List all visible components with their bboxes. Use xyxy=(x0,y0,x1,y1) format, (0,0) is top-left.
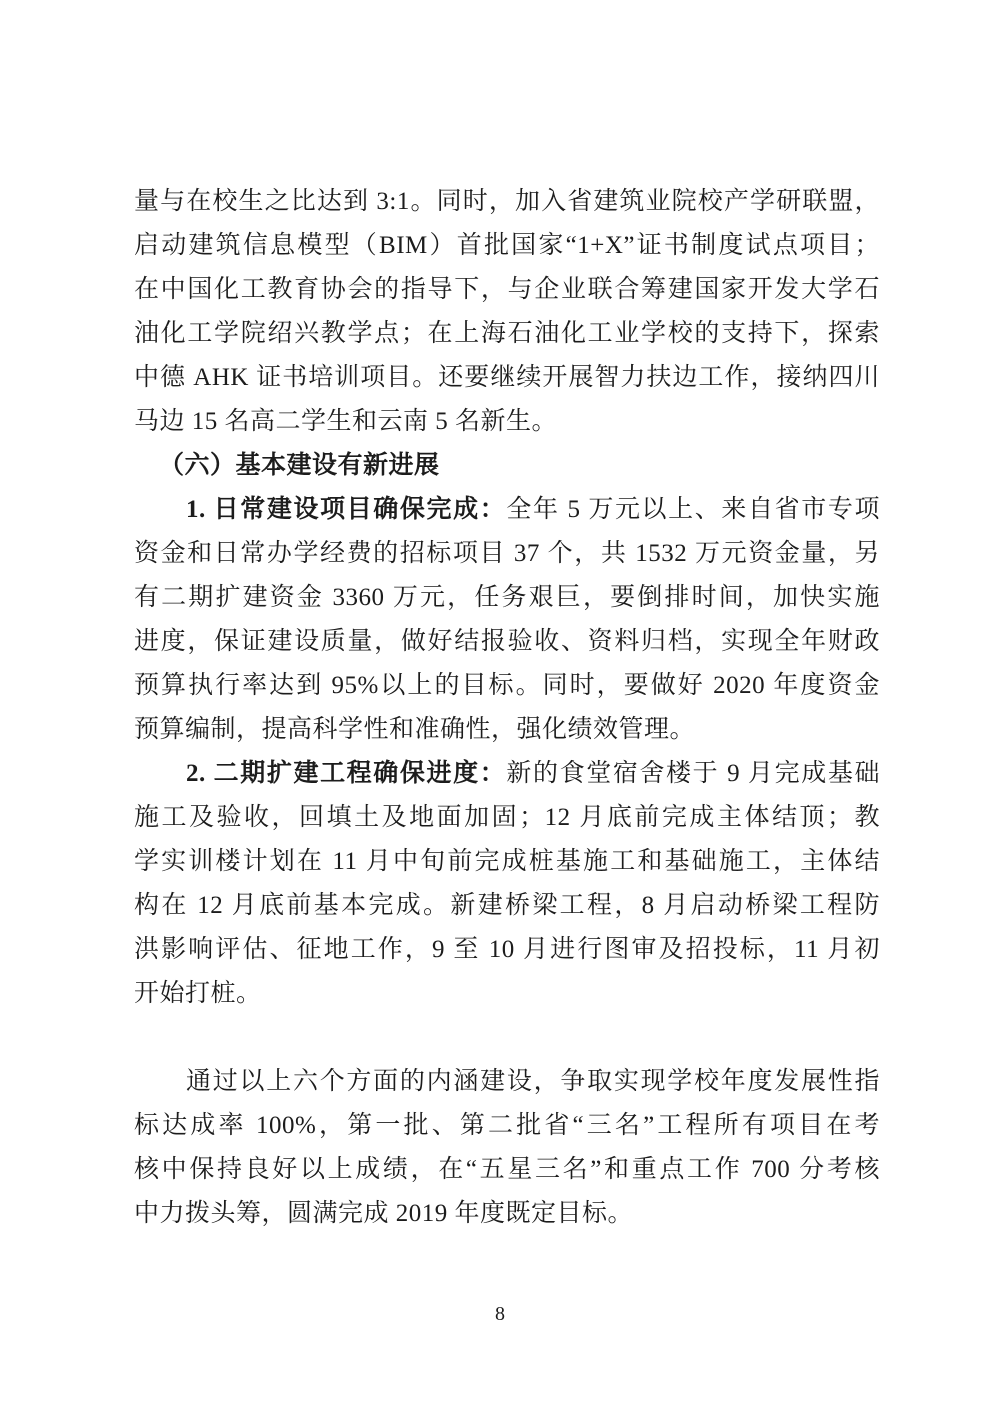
item2-first-line-rest: 新的食堂宿舍楼于 9 月完成基础 xyxy=(506,760,880,787)
text-line: 1. 日常建设项目确保完成：全年 5 万元以上、来自省市专项 xyxy=(134,488,880,532)
text-line: 中德 AHK 证书培训项目。还要继续开展智力扶边工作，接纳四川 xyxy=(134,356,880,400)
text-line: 标达成率 100%，第一批、第二批省“三名”工程所有项目在考 xyxy=(134,1104,880,1148)
item1-first-line-rest: 全年 5 万元以上、来自省市专项 xyxy=(506,496,880,523)
blank-line xyxy=(134,1016,880,1060)
text-line: 量与在校生之比达到 3:1。同时，加入省建筑业院校产学研联盟， xyxy=(134,180,880,224)
text-line: 马边 15 名高二学生和云南 5 名新生。 xyxy=(134,400,880,444)
text-line: 在中国化工教育协会的指导下，与企业联合筹建国家开发大学石 xyxy=(134,268,880,312)
text-line: 学实训楼计划在 11 月中旬前完成桩基施工和基础施工，主体结 xyxy=(134,840,880,884)
text-line: 通过以上六个方面的内涵建设，争取实现学校年度发展性指 xyxy=(134,1060,880,1104)
text-line: 启动建筑信息模型（BIM）首批国家“1+X”证书制度试点项目； xyxy=(134,224,880,268)
text-line: 有二期扩建资金 3360 万元，任务艰巨，要倒排时间，加快实施 xyxy=(134,576,880,620)
text-line: 构在 12 月底前基本完成。新建桥梁工程，8 月启动桥梁工程防 xyxy=(134,884,880,928)
text-line: 资金和日常办学经费的招标项目 37 个，共 1532 万元资金量，另 xyxy=(134,532,880,576)
item1-lead: 1. 日常建设项目确保完成： xyxy=(186,496,506,523)
text-line: 洪影响评估、征地工作，9 至 10 月进行图审及招投标，11 月初 xyxy=(134,928,880,972)
text-line: 核中保持良好以上成绩，在“五星三名”和重点工作 700 分考核 xyxy=(134,1148,880,1192)
document-page: 量与在校生之比达到 3:1。同时，加入省建筑业院校产学研联盟， 启动建筑信息模型… xyxy=(0,0,1000,1414)
text-line: 预算执行率达到 95%以上的目标。同时，要做好 2020 年度资金 xyxy=(134,664,880,708)
text-line: 中力拨头筹，圆满完成 2019 年度既定目标。 xyxy=(134,1192,880,1236)
text-line: 预算编制，提高科学性和准确性，强化绩效管理。 xyxy=(134,708,880,752)
text-line: 2. 二期扩建工程确保进度：新的食堂宿舍楼于 9 月完成基础 xyxy=(134,752,880,796)
text-line: 开始打桩。 xyxy=(134,972,880,1016)
text-line: 进度，保证建设质量，做好结报验收、资料归档，实现全年财政 xyxy=(134,620,880,664)
item2-lead: 2. 二期扩建工程确保进度： xyxy=(186,760,506,787)
document-body: 量与在校生之比达到 3:1。同时，加入省建筑业院校产学研联盟， 启动建筑信息模型… xyxy=(134,180,880,1236)
text-line: 油化工学院绍兴教学点；在上海石油化工业学校的支持下，探索 xyxy=(134,312,880,356)
page-number: 8 xyxy=(0,1303,1000,1326)
text-line: 施工及验收，回填土及地面加固；12 月底前完成主体结顶；教 xyxy=(134,796,880,840)
section-heading: （六）基本建设有新进展 xyxy=(134,444,880,488)
